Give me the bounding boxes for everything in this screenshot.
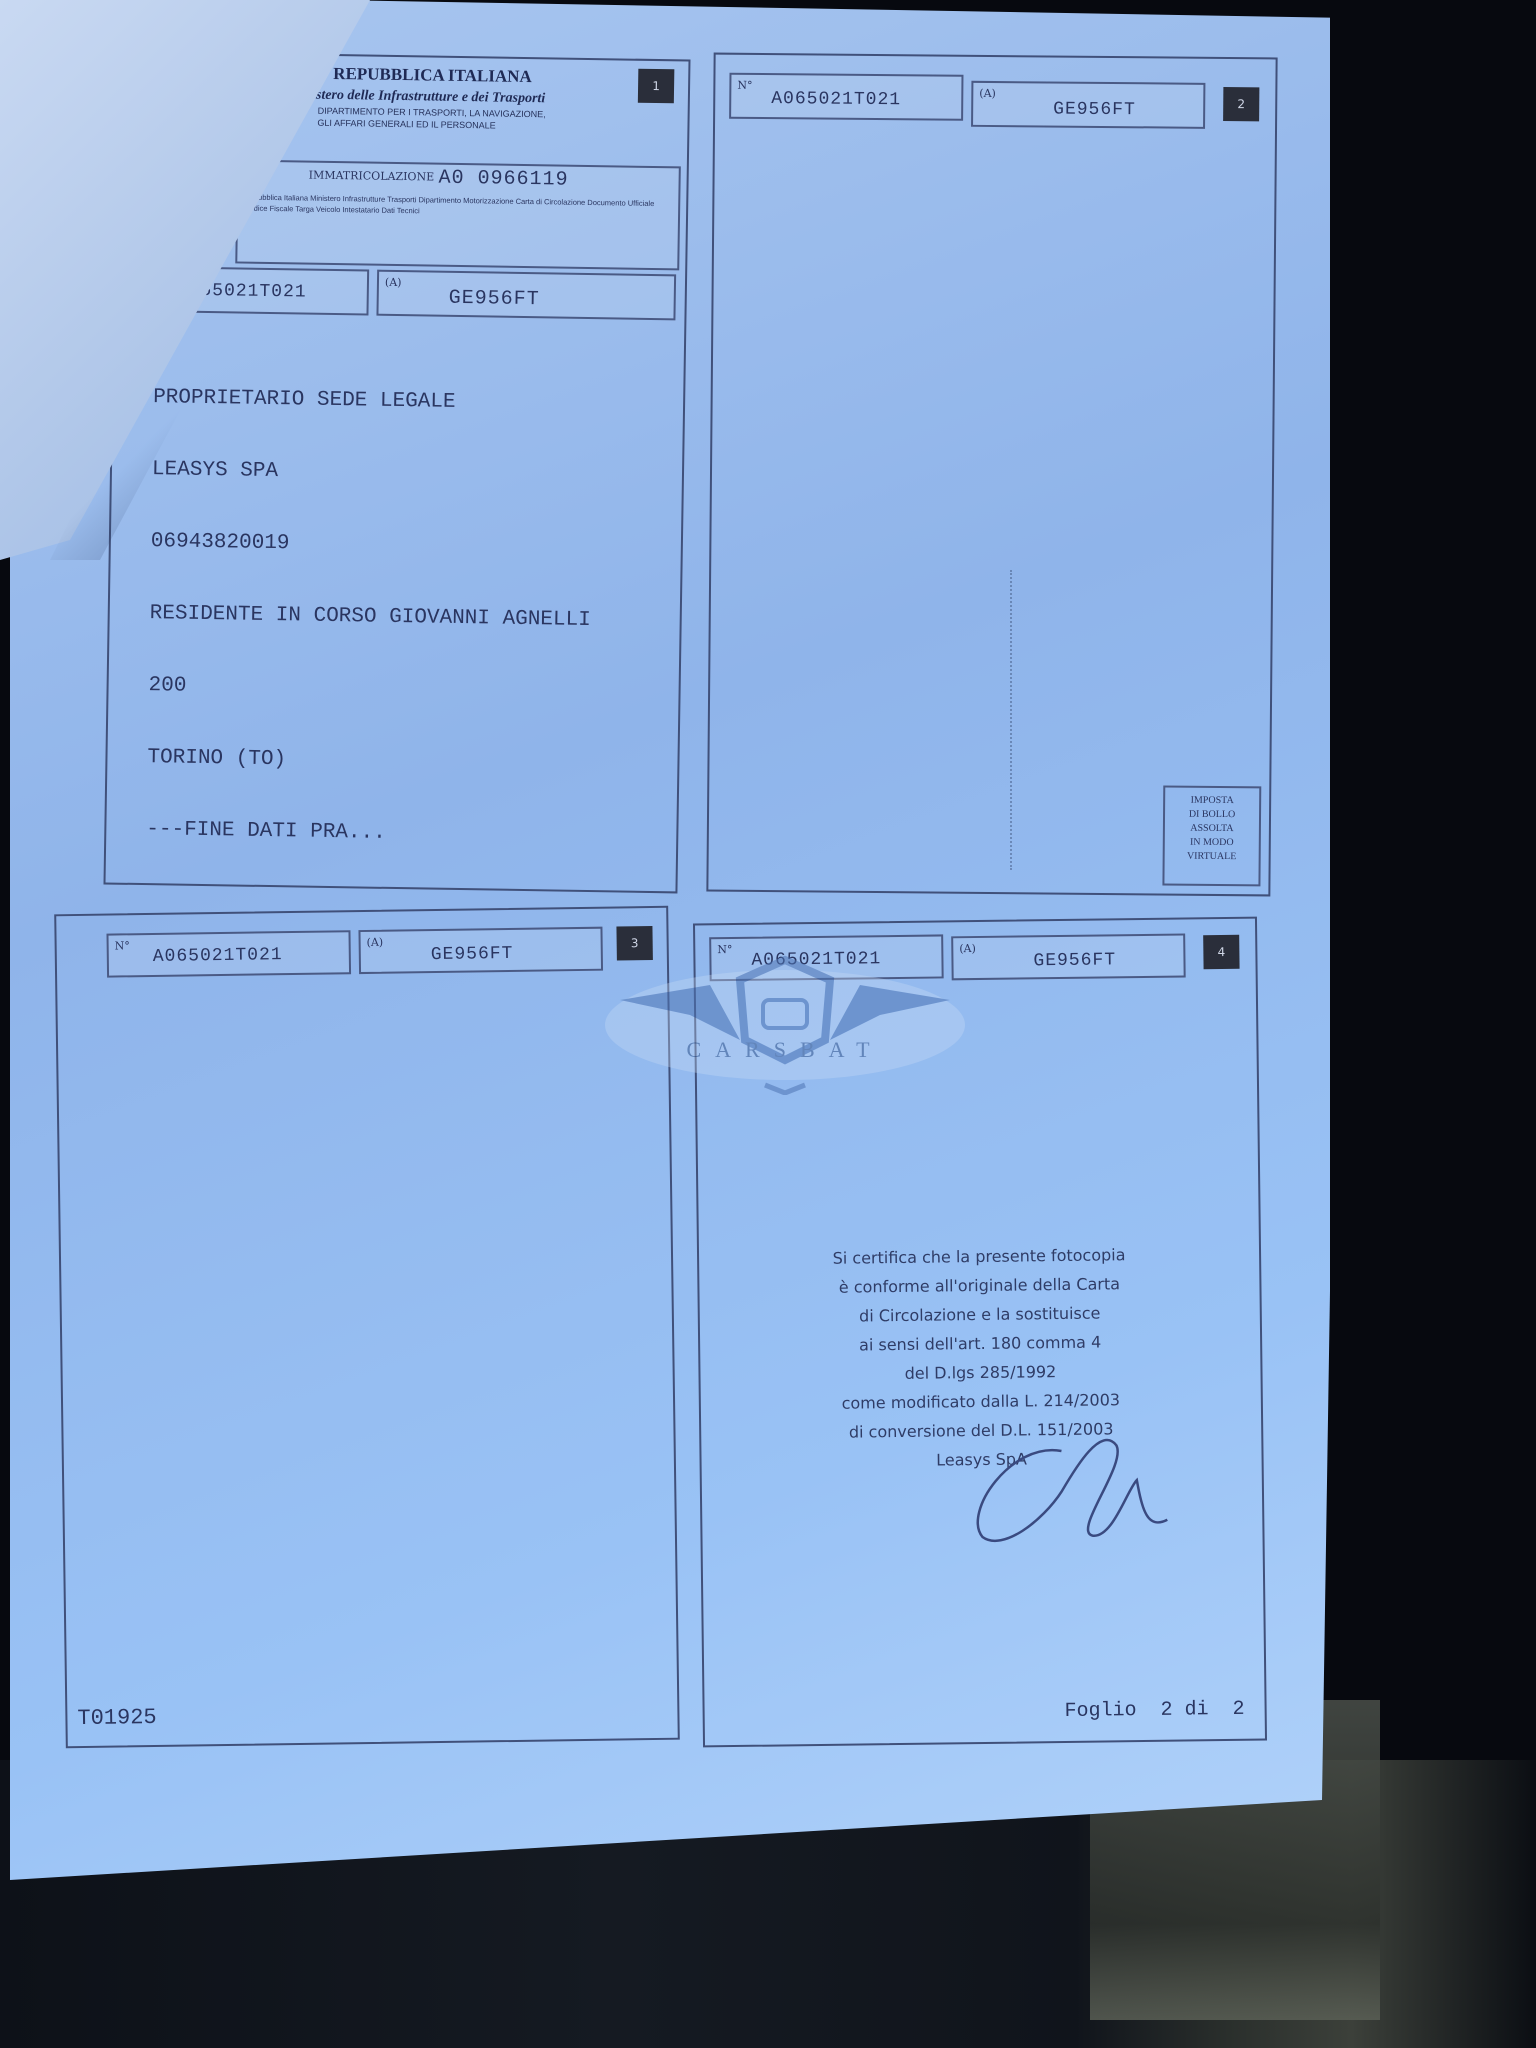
owner-line: 06943820019 bbox=[151, 530, 592, 561]
immatricolazione-label: IMMATRICOLAZIONE bbox=[309, 169, 435, 184]
signature-icon bbox=[951, 1420, 1183, 1553]
plate-label: (A) bbox=[979, 87, 996, 100]
watermark-brand: CARSBAT bbox=[600, 1037, 970, 1063]
section-number-1: 1 bbox=[638, 69, 675, 104]
document-number-value: A065021T021 bbox=[771, 89, 901, 110]
plate-box: (A) GE956FT bbox=[376, 270, 676, 321]
owner-block: PROPRIETARIO SEDE LEGALE LEASYS SPA 0694… bbox=[145, 338, 595, 897]
document-number-value: A065021T021 bbox=[153, 945, 283, 967]
fine-print: Repubblica Italiana Ministero Infrastrut… bbox=[243, 192, 672, 263]
plate-value: GE956FT bbox=[1033, 950, 1116, 971]
owner-line: RESIDENTE IN CORSO GIOVANNI AGNELLI bbox=[150, 602, 591, 633]
document-number-label: N° bbox=[737, 79, 752, 92]
owner-line: 200 bbox=[148, 674, 589, 705]
plate-value: GE956FT bbox=[431, 944, 514, 965]
section-number-4: 4 bbox=[1203, 935, 1239, 969]
owner-line: TORINO (TO) bbox=[147, 746, 588, 777]
section-number-2: 2 bbox=[1223, 87, 1259, 121]
bollo-line: IN MODO bbox=[1165, 836, 1259, 851]
plate-box: (A) GE956FT bbox=[951, 933, 1186, 980]
owner-line: LEASYS SPA bbox=[152, 458, 593, 489]
owner-line: ---FINE DATI PRA... bbox=[146, 818, 587, 849]
carsbat-watermark: CARSBAT bbox=[600, 945, 970, 1095]
plate-value: GE956FT bbox=[449, 287, 540, 311]
page-indicator: Foglio 2 di 2 bbox=[1064, 1698, 1244, 1723]
plate-label: (A) bbox=[367, 936, 384, 949]
bat-shield-logo-icon bbox=[600, 945, 970, 1095]
plate-value: GE956FT bbox=[1053, 100, 1136, 121]
header-department-2: GLI AFFARI GENERALI ED IL PERSONALE bbox=[317, 118, 495, 132]
panel-3: N° A065021T021 (A) GE956FT 3 T01925 bbox=[54, 906, 680, 1748]
bollo-line: IMPOSTA bbox=[1165, 794, 1259, 809]
bollo-line: VIRTUALE bbox=[1165, 850, 1259, 865]
plate-label: (A) bbox=[385, 276, 402, 289]
plate-box: (A) GE956FT bbox=[358, 927, 603, 974]
document-number-label: N° bbox=[115, 939, 130, 952]
owner-line: PROPRIETARIO SEDE LEGALE bbox=[153, 386, 594, 417]
immatricolazione-value: A0 0966119 bbox=[438, 167, 568, 192]
perforation-line bbox=[1010, 570, 1012, 870]
document-number-box: N° A065021T021 bbox=[729, 73, 963, 121]
plate-box: (A) GE956FT bbox=[971, 81, 1205, 129]
panel-2: N° A065021T021 (A) GE956FT 2 IMPOSTA DI … bbox=[706, 53, 1277, 897]
bollo-line: ASSOLTA bbox=[1165, 822, 1259, 837]
bollo-line: DI BOLLO bbox=[1165, 808, 1259, 823]
form-code: T01925 bbox=[77, 1705, 157, 1731]
document-number-box: N° A065021T021 bbox=[106, 930, 351, 977]
bollo-note-box: IMPOSTA DI BOLLO ASSOLTA IN MODO VIRTUAL… bbox=[1162, 786, 1261, 887]
